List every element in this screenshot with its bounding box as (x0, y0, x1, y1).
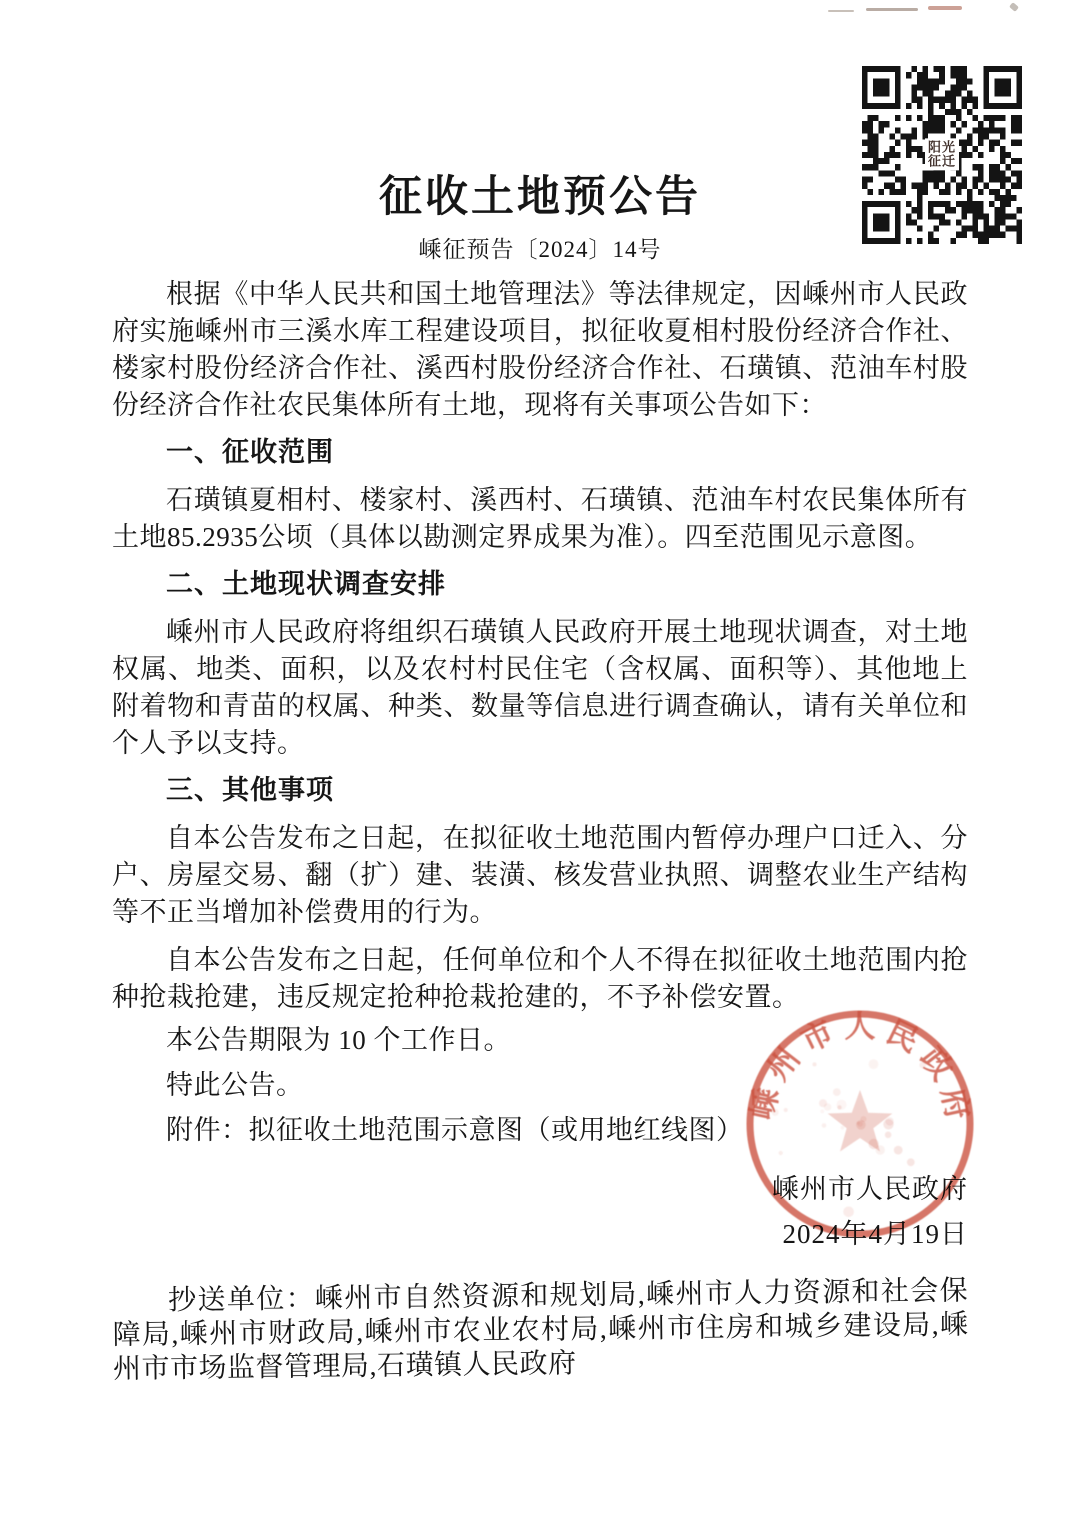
doc-number: 嵊征预告〔2024〕14号 (112, 235, 968, 265)
signature-date: 2024年4月19日 (112, 1212, 968, 1257)
scan-artifact (828, 10, 854, 12)
scan-artifact (1009, 2, 1019, 12)
section-2-paragraph: 嵊州市人民政府将组织石璜镇人民政府开展土地现状调查，对土地权属、地类、面积，以及… (112, 614, 968, 762)
signature-block: 嵊州市人民政府 2024年4月19日 (112, 1167, 968, 1257)
scan-artifact (866, 8, 918, 11)
notice-duration-line: 本公告期限为 10 个工作日。 (112, 1019, 968, 1061)
intro-paragraph: 根据《中华人民共和国土地管理法》等法律规定，因嵊州市人民政府实施嵊州市三溪水库工… (112, 276, 968, 424)
signature-issuer: 嵊州市人民政府 (112, 1167, 968, 1212)
cc-label: 抄送单位： (168, 1284, 315, 1317)
document-page: 阳光 征迁 征收土地预公告 嵊征预告〔2024〕14号 根据《中华人民共和国土地… (0, 0, 1080, 1539)
section-1-heading: 一、征收范围 (112, 433, 968, 471)
section-1-paragraph: 石璜镇夏相村、楼家村、溪西村、石璜镇、范油车村农民集体所有土地85.2935公顷… (112, 482, 968, 556)
qr-center-label: 阳光 征迁 (925, 138, 959, 170)
page-title: 征收土地预公告 (112, 172, 968, 222)
qr-label-line2: 征迁 (928, 154, 956, 168)
section-3-paragraph-1: 自本公告发布之日起，在拟征收土地范围内暂停办理户口迁入、分户、房屋交易、翻（扩）… (112, 820, 968, 931)
scan-artifact (928, 6, 962, 10)
qr-label-line1: 阳光 (928, 140, 956, 154)
cc-list: 抄送单位：嵊州市自然资源和规划局,嵊州市人力资源和社会保障局,嵊州市财政局,嵊州… (112, 1275, 969, 1387)
attachment-line: 附件：拟征收土地范围示意图（或用地红线图） (112, 1109, 968, 1151)
hereby-announce-line: 特此公告。 (112, 1064, 968, 1106)
qr-code: 阳光 征迁 (862, 66, 1022, 244)
section-3-heading: 三、其他事项 (112, 771, 968, 809)
section-3-paragraph-2: 自本公告发布之日起，任何单位和个人不得在拟征收土地范围内抢种抢栽抢建，违反规定抢… (112, 942, 968, 1016)
section-2-heading: 二、土地现状调查安排 (112, 565, 968, 603)
